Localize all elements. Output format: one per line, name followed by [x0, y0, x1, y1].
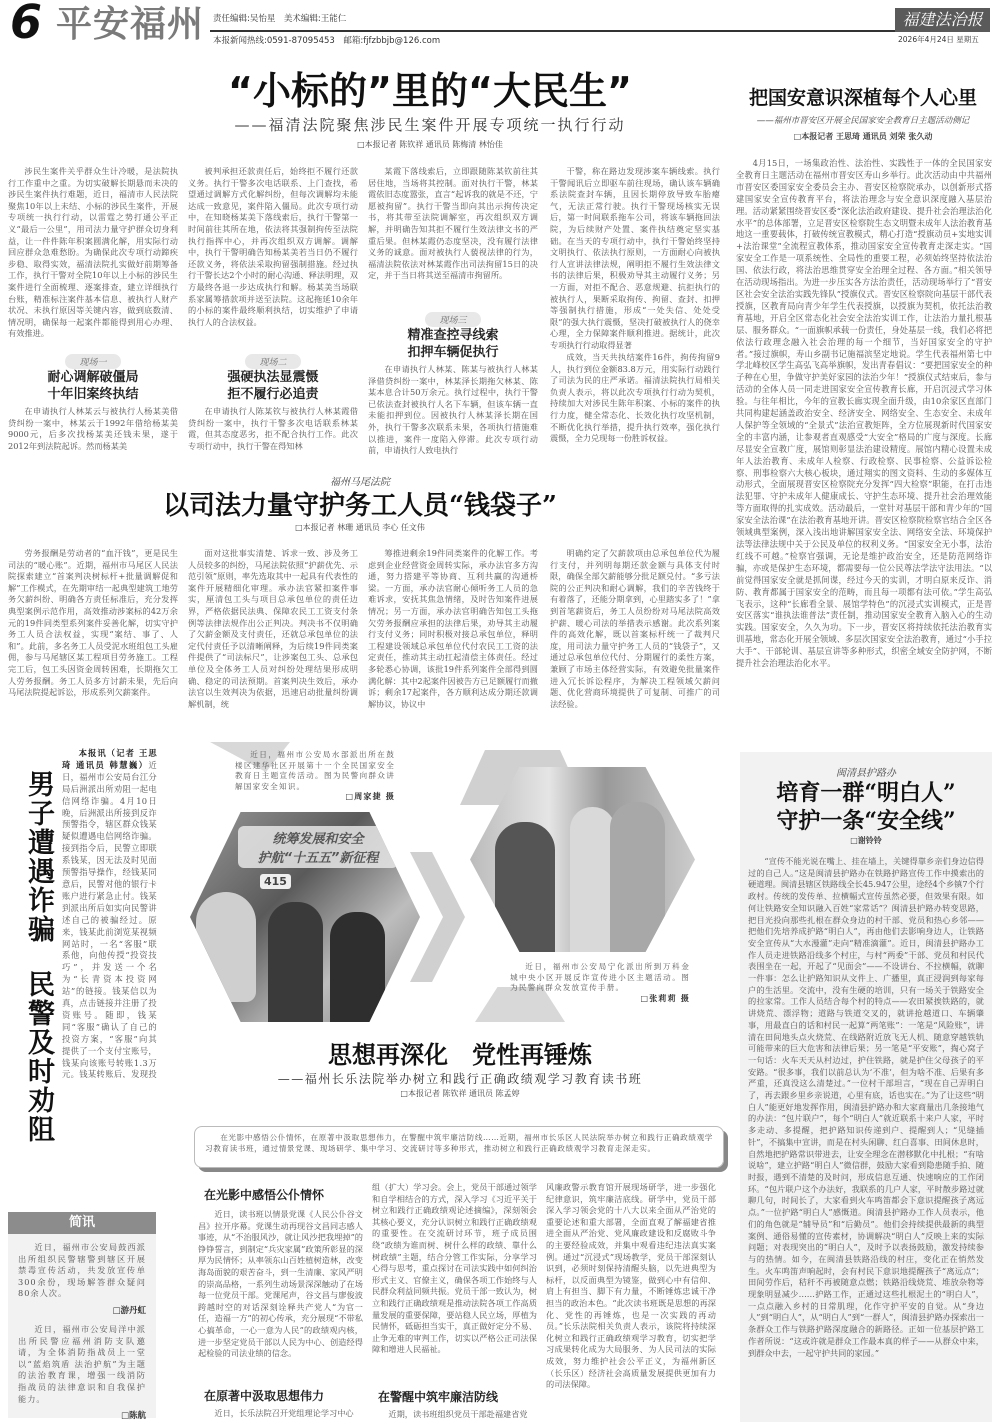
article2-headline: 把国安意识深植每个人心里 ——福州市晋安区开展全民国家安全教育日主题活动侧记 □…	[730, 86, 996, 142]
scene2-line2: 拒不履行必追责	[188, 386, 358, 403]
article1-title: “小标的”里的“大民生”	[150, 68, 710, 114]
article4-body: 本报讯（记者 王思琦 通讯员 韩慧巍）近日，福州市公安局台江分局后洲派出所劝阻一…	[62, 748, 157, 1078]
article2-byline: □本报记者 王思琦 通讯员 刘荣 张久动	[730, 131, 996, 142]
article6-title-line1: 培育一群“明白人”	[740, 779, 992, 807]
issue-date: 2026年4月24日 星期五	[898, 34, 979, 45]
article6-title-line2: 守护一条“安全线”	[740, 807, 992, 835]
section-title: 平安福州	[56, 4, 204, 44]
masthead-rule	[210, 30, 895, 32]
article1-end: 成效，当天共执结案件16件，拘传拘留9人，执行到位金额83.8万元，用实际行动践…	[550, 352, 720, 458]
article5-byline: □本报记者 陈钦祥 通讯员 陈孟婷	[190, 1088, 730, 1099]
photo1-caption-text: 近日，福州市公安局水部派出所在鼓楼区建华社区开展第十一个全民国家安全教育日主题宣…	[235, 750, 395, 791]
brief1-author: □游丹虹	[8, 1300, 156, 1320]
article4-lead: 本报讯（记者 王思琦 通讯员 韩慧巍）	[62, 748, 157, 770]
article4-title-part1: 男子遭遇诈骗	[23, 770, 54, 944]
article3-byline: □本报记者 林珊 通讯员 李心 任文伟	[100, 522, 620, 533]
photo1-caption: 近日，福州市公安局水部派出所在鼓楼区建华社区开展第十一个全民国家安全教育日主题宣…	[235, 750, 395, 803]
article5-title: 思想再深化 党性再锤炼	[190, 1040, 730, 1070]
article6-kicker: 闽清县护路办	[740, 764, 992, 779]
article1-col1: 涉民生案件关乎群众生计冷暖，是法院执行工作重中之重。为切实破解长期悬而未决的涉民…	[8, 166, 178, 348]
officer-figure	[268, 902, 323, 1022]
article1-col3: 某霞下落线索后，立即跟随陈某钦前往其居住地，当场将其控制。面对执行干警，林某霞依…	[368, 166, 538, 300]
article5-h2: 在原著中汲取思想伟力	[198, 1379, 363, 1408]
article1-subtitle: ——福清法院聚焦涉民生案件开展专项统一执行行动	[150, 114, 710, 136]
article1-byline: □本报记者 陈钦祥 通讯员 陈梅清 林怡佳	[150, 139, 710, 150]
article5-intro-box: 在光影中感悟公仆情怀，在原著中汲取思想伟力，在警醒中筑牢廉洁防线……近期，福州市…	[194, 1126, 724, 1168]
article2-body: 4月15日，一场集政治性、法治性、实践性于一体的全民国家安全教育日主题活动在福州…	[736, 158, 992, 728]
scene3-header: 现场三 精准查控寻线索 扣押车辆促执行	[368, 308, 538, 361]
scene1-line2: 十年旧案终执结	[8, 386, 178, 403]
badge-415: 415	[260, 874, 291, 889]
briefs-box: 简讯 近日，福州市公安局鼓西派出所组织民警辖警到辖区开展禁毒宣传活动，共发放宣传…	[8, 1212, 156, 1418]
photo-section: 近日，福州市公安局水部派出所在鼓楼区建华社区开展第十一个全民国家安全教育日主题宣…	[190, 742, 730, 1022]
article3-kicker: 福州马尾法院	[100, 476, 620, 490]
scene1-text: 在申请执行人林某云与被执行人杨某美借贷纠纷一案中，林某云于1992年借给杨某美9…	[8, 406, 178, 454]
article4-text: 近日，福州市公安局台江分局后洲派出所劝阻一起电信网络诈骗。4月10日晚，后洲派出…	[62, 760, 157, 1078]
scene3-tag: 现场三	[425, 312, 480, 327]
masthead: 6 平安福州 责任编辑:吴怡星 美术编辑:王能仁 本报新闻热线:0591-870…	[0, 0, 1000, 46]
article5-headline: 思想再深化 党性再锤炼 ——福州长乐法院举办树立和践行正确政绩观学习教育读书班 …	[190, 1040, 730, 1099]
scene3-line2: 扣押车辆促执行	[368, 344, 538, 361]
article6-body: “宣传不能光说在嘴上、挂在墙上，关键得靠乡亲们身边信得过的自己人。”这是闽清县护…	[740, 846, 992, 1406]
article5-h1: 在光影中感悟公仆情怀	[198, 1180, 363, 1209]
scene2-line1: 强硬执法显震慑	[188, 369, 358, 386]
photo2-caption-text: 近日，福州市公安局宁化派出所到万科金城中央小区开展反诈宣传进小区主题活动。图为民…	[510, 962, 690, 992]
article5-col1: 在光影中感悟公仆情怀 近日，读书班以情景党课《人民公仆谷文昌》拉开序幕。党课生动…	[198, 1180, 363, 1428]
editor-line: 责任编辑:吴怡星 美术编辑:王能仁	[213, 12, 346, 24]
article5-subtitle: ——福州长乐法院举办树立和践行正确政绩观学习教育读书班	[190, 1070, 730, 1088]
article2-subtitle: ——福州市晋安区开展全民国家安全教育日主题活动侧记	[730, 114, 996, 128]
banner-line1: 统筹发展和安全	[238, 828, 398, 847]
article1-headline: “小标的”里的“大民生” ——福清法院聚焦涉民生案件开展专项统一执行行动 □本报…	[150, 68, 710, 150]
article4-title-part2: 民警及时劝阻	[23, 970, 54, 1144]
scene1-tag: 现场一	[65, 354, 120, 369]
scene2-header: 现场二 强硬执法显震慑 拒不履行必追责	[188, 350, 358, 403]
article5-h3: 在警醒中筑牢廉洁防线	[372, 1378, 537, 1409]
photo1-banner: 统筹发展和安全 护航“十五五”新征程	[238, 826, 398, 868]
person-figure	[495, 822, 555, 952]
brief2-author: □陈航	[8, 1405, 156, 1425]
person-figure	[610, 802, 665, 952]
article6-box: 闽清县护路办 培育一群“明白人” 守护一条“安全线” □谢铃铃 “宣传不能光说在…	[740, 752, 992, 1422]
article3-headline: 福州马尾法院 以司法力量守护务工人员“钱袋子” □本报记者 林珊 通讯员 李心 …	[100, 476, 620, 533]
paper-logo: 福建法治报	[895, 8, 990, 32]
scene1-line1: 耐心调解破僵局	[8, 369, 178, 386]
contact-line: 本报新闻热线:0591-87095453 邮箱:fjfzbbjb@126.com	[213, 34, 440, 46]
article4-vertical-title: 男子遭遇诈骗民警及时劝阻	[22, 770, 54, 1144]
photo1-image: 统筹发展和安全 护航“十五五”新征程 415	[190, 812, 420, 1022]
page-number: 6	[10, 0, 42, 46]
mascot-figure	[196, 892, 256, 1002]
citizen-figure	[330, 912, 385, 1022]
brief2-text: 近日，福州市公安局洋中派出所民警应福州消防支队邀请，为全体消防指战员上一堂以“蓝…	[8, 1320, 156, 1405]
photo2-caption: 近日，福州市公安局宁化派出所到万科金城中央小区开展反诈宣传进小区主题活动。图为民…	[510, 962, 690, 1004]
article3-col1: 劳务报酬是劳动者的“血汗钱”，更是民生司法的“暖心账”。近期，福州市马尾区人民法…	[8, 548, 178, 722]
officer-figure	[570, 807, 615, 952]
brief1-text: 近日，福州市公安局鼓西派出所组织民警辖警到辖区开展禁毒宣传活动，共发放宣传单30…	[8, 1234, 156, 1300]
article3-col4: 明确约定了欠薪款项由总承包单位代为履行支付，并列明每期还款金额与具体支付时限，确…	[550, 548, 720, 722]
article6-byline: □谢铃铃	[740, 835, 992, 846]
article1-col2: 被判承担还款责任后，始终拒不履行还款义务。执行干警多次电话联系、上门查找，希望通…	[188, 166, 358, 348]
article5-col3: 风廉政警示教育馆开展现场研学，进一步强化纪律意识，筑牢廉洁底线。研学中，党员干部…	[546, 1182, 716, 1428]
photo1-credit: □周家捷 摄	[235, 792, 395, 803]
scene3-text: 在申请执行人林某、陈某与被执行人林某泽借贷纠纷一案中，林某泽长期拖欠林某、陈某本…	[368, 364, 538, 458]
article5-p2: 近日，长乐法院召开党组理论学习中心	[198, 1408, 363, 1420]
banner-line2: 护航“十五五”新征程	[238, 847, 398, 866]
scene2-text: 在申请执行人陈某钦与被执行人林某霞借贷纠纷一案中，执行干警多次电话联系林某霞，但…	[188, 406, 358, 454]
article5-col2: 组（扩大）学习会。会上，党员干部通过领学和自学相结合的方式，深入学习《习近平关于…	[372, 1182, 537, 1428]
article3-col2: 面对这批事实清楚、诉求一致、涉及务工人员较多的纠纷，马尾法院依照“护薪优先、示范…	[188, 548, 358, 722]
photo2-credit: □张莉莉 摄	[510, 994, 690, 1005]
article5-p3: 近期，读书班组织党员干部赴福建省党	[372, 1409, 537, 1421]
scene1-header: 现场一 耐心调解破僵局 十年旧案终执结	[8, 350, 178, 403]
article5-col2-text: 组（扩大）学习会。会上，党员干部通过领学和自学相结合的方式，深入学习《习近平关于…	[372, 1182, 537, 1378]
briefs-header: 简讯	[8, 1212, 156, 1234]
article1-col4: 干警，称在路边发现涉案车辆线索。执行干警闻讯后立即驱车前往现场，确认该车辆确系法…	[550, 166, 720, 350]
article3-title: 以司法力量守护务工人员“钱袋子”	[100, 490, 620, 522]
scene3-line1: 精准查控寻线索	[368, 327, 538, 344]
article3-col3: 筹推进剩余19件同类案件的化解工作。考虑到企业经营资金周转实际，承办法官多方沟通…	[368, 548, 538, 722]
article5-p1: 近日，读书班以情景党课《人民公仆谷文昌》拉开序幕。党课生动再现谷文昌同志感人事迹…	[198, 1209, 363, 1379]
article2-title: 把国安意识深植每个人心里	[730, 86, 996, 110]
scene2-tag: 现场二	[245, 354, 300, 369]
